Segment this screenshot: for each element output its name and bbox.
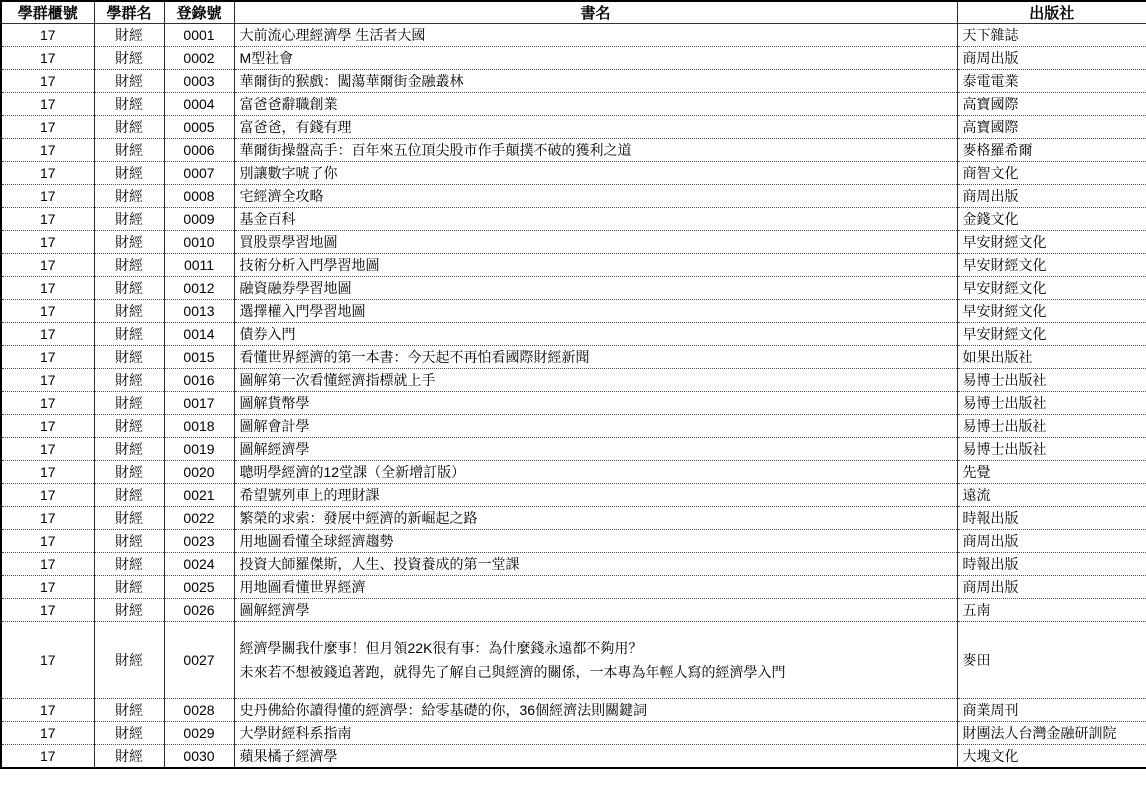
cell-title: 繁榮的求索：發展中經濟的新崛起之路 — [234, 507, 957, 530]
cell-publisher: 早安財經文化 — [957, 254, 1146, 277]
cell-reg: 0004 — [164, 93, 234, 116]
table-row: 17 財經 0010 買股票學習地圖 早安財經文化 — [1, 231, 1146, 254]
table-row: 17 財經 0029 大學財經科系指南 財團法人台灣金融研訓院 — [1, 722, 1146, 745]
cell-publisher: 遠流 — [957, 484, 1146, 507]
cell-title: 聰明學經濟的12堂課（全新增訂版） — [234, 461, 957, 484]
cell-title: 圖解經濟學 — [234, 438, 957, 461]
cell-publisher: 天下雜誌 — [957, 24, 1146, 47]
cell-group: 財經 — [94, 300, 164, 323]
table-row: 17 財經 0016 圖解第一次看懂經濟指標就上手 易博士出版社 — [1, 369, 1146, 392]
cell-reg: 0012 — [164, 277, 234, 300]
cell-cabinet: 17 — [1, 745, 94, 768]
cell-publisher: 商智文化 — [957, 162, 1146, 185]
table-row: 17 財經 0022 繁榮的求索：發展中經濟的新崛起之路 時報出版 — [1, 507, 1146, 530]
table-header: 學群櫃號 學群名 登錄號 書名 出版社 — [1, 1, 1146, 24]
cell-cabinet: 17 — [1, 208, 94, 231]
cell-reg: 0017 — [164, 392, 234, 415]
cell-title: 融資融券學習地圖 — [234, 277, 957, 300]
cell-publisher: 商周出版 — [957, 47, 1146, 70]
cell-title: 華爾街操盤高手：百年來五位頂尖股市作手顛撲不破的獲利之道 — [234, 139, 957, 162]
cell-cabinet: 17 — [1, 530, 94, 553]
cell-reg: 0006 — [164, 139, 234, 162]
cell-publisher: 易博士出版社 — [957, 415, 1146, 438]
cell-title: 選擇權入門學習地圖 — [234, 300, 957, 323]
cell-publisher: 早安財經文化 — [957, 323, 1146, 346]
cell-group: 財經 — [94, 369, 164, 392]
cell-cabinet: 17 — [1, 162, 94, 185]
cell-title: 富爸爸辭職創業 — [234, 93, 957, 116]
column-header-cabinet: 學群櫃號 — [1, 1, 94, 24]
cell-group: 財經 — [94, 461, 164, 484]
cell-title: M型社會 — [234, 47, 957, 70]
cell-title: 用地圖看懂全球經濟趨勢 — [234, 530, 957, 553]
table-row: 17 財經 0005 富爸爸，有錢有理 高寶國際 — [1, 116, 1146, 139]
cell-publisher: 五南 — [957, 599, 1146, 622]
cell-group: 財經 — [94, 116, 164, 139]
table-row: 17 財經 0013 選擇權入門學習地圖 早安財經文化 — [1, 300, 1146, 323]
cell-group: 財經 — [94, 438, 164, 461]
cell-group: 財經 — [94, 745, 164, 768]
table-row: 17 財經 0020 聰明學經濟的12堂課（全新增訂版） 先覺 — [1, 461, 1146, 484]
cell-reg: 0016 — [164, 369, 234, 392]
table-row: 17 財經 0026 圖解經濟學 五南 — [1, 599, 1146, 622]
column-header-title: 書名 — [234, 1, 957, 24]
cell-title: 技術分析入門學習地圖 — [234, 254, 957, 277]
cell-publisher: 麥格羅希爾 — [957, 139, 1146, 162]
table-row: 17 財經 0027 經濟學關我什麼事！但月領22K很有事：為什麼錢永遠都不夠用… — [1, 622, 1146, 699]
cell-cabinet: 17 — [1, 392, 94, 415]
cell-publisher: 大塊文化 — [957, 745, 1146, 768]
table-row: 17 財經 0023 用地圖看懂全球經濟趨勢 商周出版 — [1, 530, 1146, 553]
cell-cabinet: 17 — [1, 369, 94, 392]
cell-cabinet: 17 — [1, 346, 94, 369]
cell-reg: 0030 — [164, 745, 234, 768]
cell-group: 財經 — [94, 576, 164, 599]
cell-reg: 0015 — [164, 346, 234, 369]
table-row: 17 財經 0014 債券入門 早安財經文化 — [1, 323, 1146, 346]
cell-reg: 0003 — [164, 70, 234, 93]
cell-title: 基金百科 — [234, 208, 957, 231]
table-row: 17 財經 0009 基金百科 金錢文化 — [1, 208, 1146, 231]
cell-group: 財經 — [94, 139, 164, 162]
cell-group: 財經 — [94, 484, 164, 507]
cell-publisher: 高寶國際 — [957, 116, 1146, 139]
table-row: 17 財經 0019 圖解經濟學 易博士出版社 — [1, 438, 1146, 461]
cell-reg: 0002 — [164, 47, 234, 70]
cell-cabinet: 17 — [1, 553, 94, 576]
table-row: 17 財經 0001 大前流心理經濟學 生活者大國 天下雜誌 — [1, 24, 1146, 47]
cell-reg: 0027 — [164, 622, 234, 699]
cell-reg: 0010 — [164, 231, 234, 254]
cell-group: 財經 — [94, 47, 164, 70]
cell-reg: 0009 — [164, 208, 234, 231]
cell-group: 財經 — [94, 722, 164, 745]
cell-title: 蘋果橘子經濟學 — [234, 745, 957, 768]
cell-publisher: 商業周刊 — [957, 699, 1146, 722]
cell-title: 經濟學關我什麼事！但月領22K很有事：為什麼錢永遠都不夠用？ 未來若不想被錢追著… — [234, 622, 957, 699]
cell-publisher: 易博士出版社 — [957, 369, 1146, 392]
cell-publisher: 金錢文化 — [957, 208, 1146, 231]
cell-group: 財經 — [94, 70, 164, 93]
cell-reg: 0021 — [164, 484, 234, 507]
cell-group: 財經 — [94, 622, 164, 699]
cell-group: 財經 — [94, 162, 164, 185]
cell-cabinet: 17 — [1, 323, 94, 346]
cell-publisher: 商周出版 — [957, 576, 1146, 599]
table-row: 17 財經 0024 投資大師羅傑斯，人生、投資養成的第一堂課 時報出版 — [1, 553, 1146, 576]
cell-publisher: 如果出版社 — [957, 346, 1146, 369]
cell-reg: 0013 — [164, 300, 234, 323]
cell-group: 財經 — [94, 599, 164, 622]
table-row: 17 財經 0008 宅經濟全攻略 商周出版 — [1, 185, 1146, 208]
header-row: 學群櫃號 學群名 登錄號 書名 出版社 — [1, 1, 1146, 24]
cell-title: 史丹佛給你讀得懂的經濟學：給零基礎的你，36個經濟法則關鍵詞 — [234, 699, 957, 722]
cell-publisher: 財團法人台灣金融研訓院 — [957, 722, 1146, 745]
cell-publisher: 時報出版 — [957, 507, 1146, 530]
cell-publisher: 易博士出版社 — [957, 438, 1146, 461]
cell-cabinet: 17 — [1, 24, 94, 47]
cell-publisher: 高寶國際 — [957, 93, 1146, 116]
cell-group: 財經 — [94, 208, 164, 231]
cell-publisher: 商周出版 — [957, 530, 1146, 553]
table-row: 17 財經 0007 別讓數字唬了你 商智文化 — [1, 162, 1146, 185]
cell-group: 財經 — [94, 553, 164, 576]
book-list-table: 學群櫃號 學群名 登錄號 書名 出版社 17 財經 0001 大前流心理經濟學 … — [0, 0, 1146, 769]
cell-publisher: 早安財經文化 — [957, 300, 1146, 323]
cell-publisher: 易博士出版社 — [957, 392, 1146, 415]
cell-reg: 0005 — [164, 116, 234, 139]
cell-group: 財經 — [94, 415, 164, 438]
cell-cabinet: 17 — [1, 507, 94, 530]
cell-reg: 0019 — [164, 438, 234, 461]
table-row: 17 財經 0003 華爾街的猴戲：闖蕩華爾街金融叢林 泰電電業 — [1, 70, 1146, 93]
cell-group: 財經 — [94, 323, 164, 346]
cell-group: 財經 — [94, 346, 164, 369]
table-row: 17 財經 0028 史丹佛給你讀得懂的經濟學：給零基礎的你，36個經濟法則關鍵… — [1, 699, 1146, 722]
cell-title: 買股票學習地圖 — [234, 231, 957, 254]
cell-publisher: 泰電電業 — [957, 70, 1146, 93]
cell-title: 華爾街的猴戲：闖蕩華爾街金融叢林 — [234, 70, 957, 93]
cell-title: 圖解貨幣學 — [234, 392, 957, 415]
cell-title: 富爸爸，有錢有理 — [234, 116, 957, 139]
cell-cabinet: 17 — [1, 47, 94, 70]
cell-cabinet: 17 — [1, 139, 94, 162]
cell-publisher: 商周出版 — [957, 185, 1146, 208]
cell-group: 財經 — [94, 507, 164, 530]
cell-group: 財經 — [94, 24, 164, 47]
cell-publisher: 先覺 — [957, 461, 1146, 484]
cell-cabinet: 17 — [1, 415, 94, 438]
cell-publisher: 早安財經文化 — [957, 277, 1146, 300]
table-row: 17 財經 0018 圖解會計學 易博士出版社 — [1, 415, 1146, 438]
cell-cabinet: 17 — [1, 484, 94, 507]
cell-cabinet: 17 — [1, 300, 94, 323]
cell-reg: 0008 — [164, 185, 234, 208]
cell-group: 財經 — [94, 185, 164, 208]
cell-group: 財經 — [94, 254, 164, 277]
cell-cabinet: 17 — [1, 70, 94, 93]
table-row: 17 財經 0015 看懂世界經濟的第一本書：今天起不再怕看國際財經新聞 如果出… — [1, 346, 1146, 369]
column-header-publisher: 出版社 — [957, 1, 1146, 24]
cell-cabinet: 17 — [1, 231, 94, 254]
cell-group: 財經 — [94, 392, 164, 415]
table-row: 17 財經 0012 融資融券學習地圖 早安財經文化 — [1, 277, 1146, 300]
cell-group: 財經 — [94, 530, 164, 553]
cell-reg: 0024 — [164, 553, 234, 576]
cell-title: 圖解第一次看懂經濟指標就上手 — [234, 369, 957, 392]
cell-title: 大學財經科系指南 — [234, 722, 957, 745]
cell-reg: 0028 — [164, 699, 234, 722]
cell-cabinet: 17 — [1, 722, 94, 745]
cell-publisher: 時報出版 — [957, 553, 1146, 576]
cell-title: 宅經濟全攻略 — [234, 185, 957, 208]
cell-cabinet: 17 — [1, 576, 94, 599]
cell-title: 圖解經濟學 — [234, 599, 957, 622]
table-row: 17 財經 0011 技術分析入門學習地圖 早安財經文化 — [1, 254, 1146, 277]
cell-title: 看懂世界經濟的第一本書：今天起不再怕看國際財經新聞 — [234, 346, 957, 369]
cell-title: 希望號列車上的理財課 — [234, 484, 957, 507]
cell-title: 用地圖看懂世界經濟 — [234, 576, 957, 599]
cell-cabinet: 17 — [1, 116, 94, 139]
cell-reg: 0011 — [164, 254, 234, 277]
cell-reg: 0022 — [164, 507, 234, 530]
table-row: 17 財經 0004 富爸爸辭職創業 高寶國際 — [1, 93, 1146, 116]
cell-cabinet: 17 — [1, 254, 94, 277]
cell-reg: 0029 — [164, 722, 234, 745]
cell-title: 別讓數字唬了你 — [234, 162, 957, 185]
table-row: 17 財經 0002 M型社會 商周出版 — [1, 47, 1146, 70]
cell-publisher: 麥田 — [957, 622, 1146, 699]
cell-reg: 0014 — [164, 323, 234, 346]
column-header-reg: 登錄號 — [164, 1, 234, 24]
cell-group: 財經 — [94, 277, 164, 300]
cell-cabinet: 17 — [1, 699, 94, 722]
cell-cabinet: 17 — [1, 185, 94, 208]
cell-cabinet: 17 — [1, 622, 94, 699]
cell-title: 債券入門 — [234, 323, 957, 346]
cell-group: 財經 — [94, 93, 164, 116]
table-row: 17 財經 0006 華爾街操盤高手：百年來五位頂尖股市作手顛撲不破的獲利之道 … — [1, 139, 1146, 162]
cell-reg: 0001 — [164, 24, 234, 47]
cell-publisher: 早安財經文化 — [957, 231, 1146, 254]
cell-cabinet: 17 — [1, 461, 94, 484]
cell-reg: 0023 — [164, 530, 234, 553]
cell-group: 財經 — [94, 699, 164, 722]
cell-group: 財經 — [94, 231, 164, 254]
cell-reg: 0020 — [164, 461, 234, 484]
table-row: 17 財經 0021 希望號列車上的理財課 遠流 — [1, 484, 1146, 507]
cell-title: 投資大師羅傑斯，人生、投資養成的第一堂課 — [234, 553, 957, 576]
cell-cabinet: 17 — [1, 438, 94, 461]
table-row: 17 財經 0025 用地圖看懂世界經濟 商周出版 — [1, 576, 1146, 599]
cell-reg: 0026 — [164, 599, 234, 622]
cell-title: 大前流心理經濟學 生活者大國 — [234, 24, 957, 47]
cell-cabinet: 17 — [1, 599, 94, 622]
cell-reg: 0007 — [164, 162, 234, 185]
table-body: 17 財經 0001 大前流心理經濟學 生活者大國 天下雜誌 17 財經 000… — [1, 24, 1146, 768]
table-row: 17 財經 0017 圖解貨幣學 易博士出版社 — [1, 392, 1146, 415]
cell-title: 圖解會計學 — [234, 415, 957, 438]
column-header-group: 學群名 — [94, 1, 164, 24]
table-row: 17 財經 0030 蘋果橘子經濟學 大塊文化 — [1, 745, 1146, 768]
cell-reg: 0018 — [164, 415, 234, 438]
cell-cabinet: 17 — [1, 277, 94, 300]
cell-cabinet: 17 — [1, 93, 94, 116]
cell-reg: 0025 — [164, 576, 234, 599]
